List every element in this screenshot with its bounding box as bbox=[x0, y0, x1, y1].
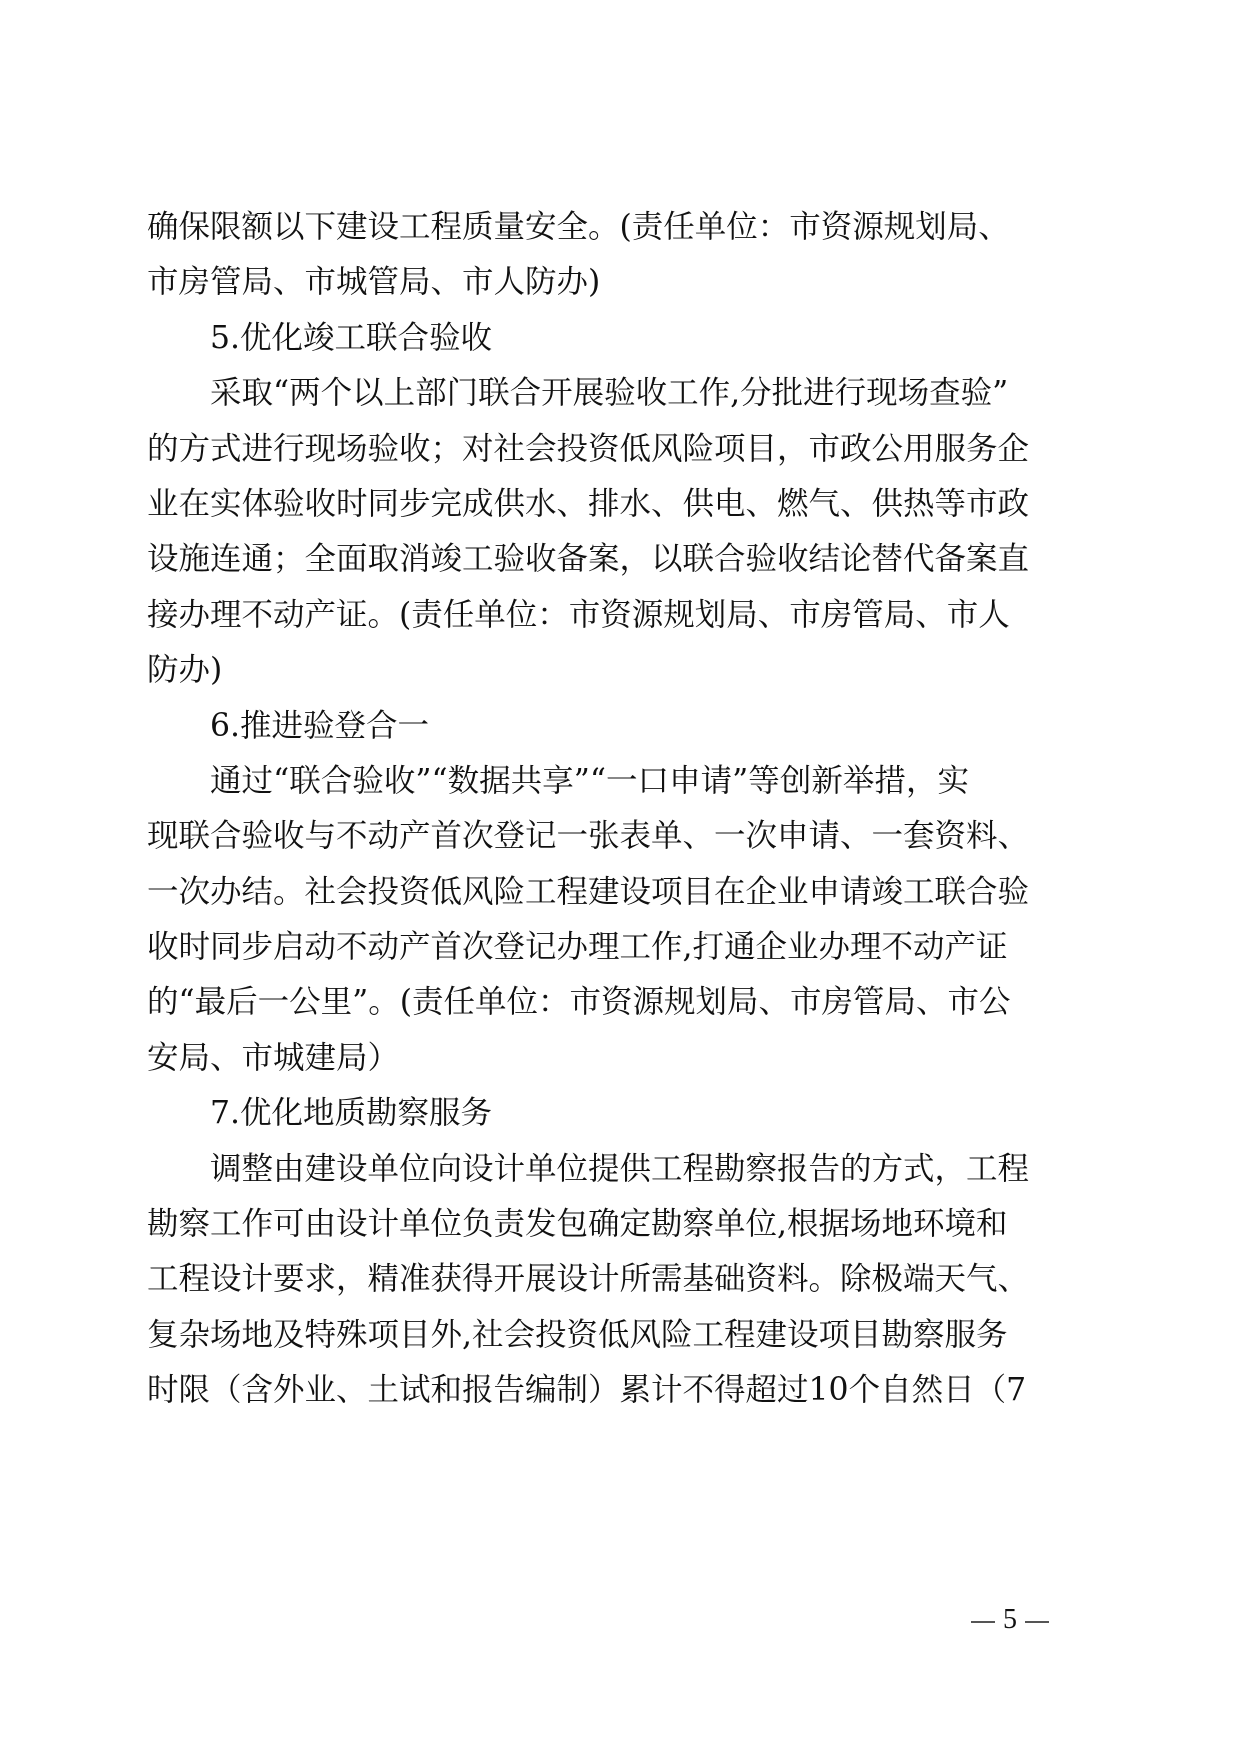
paragraph-line: 安局、市城建局） bbox=[147, 1031, 969, 1086]
document-body: 确保限额以下建设工程质量安全。(责任单位：市资源规划局、 市房管局、市城管局、市… bbox=[147, 200, 969, 1419]
page-number: 5 bbox=[960, 1604, 1060, 1636]
paragraph-line: 业在实体验收时同步完成供水、排水、供电、燃气、供热等市政 bbox=[147, 477, 969, 532]
paragraph-line: 复杂场地及特殊项目外,社会投资低风险工程建设项目勘察服务 bbox=[147, 1308, 969, 1363]
paragraph-line: 市房管局、市城管局、市人防办) bbox=[147, 255, 969, 310]
page-number-value: 5 bbox=[1003, 1604, 1017, 1635]
paragraph-line: 采取“两个以上部门联合开展验收工作,分批进行现场查验” bbox=[147, 366, 969, 421]
paragraph-line: 现联合验收与不动产首次登记一张表单、一次申请、一套资料、 bbox=[147, 809, 969, 864]
document-page: 确保限额以下建设工程质量安全。(责任单位：市资源规划局、 市房管局、市城管局、市… bbox=[0, 0, 1240, 1753]
paragraph-line: 勘察工作可由设计单位负责发包确定勘察单位,根据场地环境和 bbox=[147, 1197, 969, 1252]
paragraph-line: 时限（含外业、土试和报告编制）累计不得超过10个自然日（7 bbox=[147, 1363, 969, 1418]
section-heading-7: 7.优化地质勘察服务 bbox=[147, 1086, 969, 1141]
paragraph-line: 接办理不动产证。(责任单位：市资源规划局、市房管局、市人 bbox=[147, 588, 969, 643]
paragraph-line: 的方式进行现场验收；对社会投资低风险项目，市政公用服务企 bbox=[147, 422, 969, 477]
paragraph-line: 收时同步启动不动产首次登记办理工作,打通企业办理不动产证 bbox=[147, 920, 969, 975]
dash-right-icon bbox=[1025, 1621, 1049, 1623]
dash-left-icon bbox=[971, 1621, 995, 1623]
paragraph-line: 确保限额以下建设工程质量安全。(责任单位：市资源规划局、 bbox=[147, 200, 969, 255]
paragraph-line: 一次办结。社会投资低风险工程建设项目在企业申请竣工联合验 bbox=[147, 865, 969, 920]
paragraph-line: 的“最后一公里”。(责任单位：市资源规划局、市房管局、市公 bbox=[147, 975, 969, 1030]
paragraph-line: 设施连通；全面取消竣工验收备案，以联合验收结论替代备案直 bbox=[147, 532, 969, 587]
section-heading-6: 6.推进验登合一 bbox=[147, 699, 969, 754]
paragraph-line: 工程设计要求，精准获得开展设计所需基础资料。除极端天气、 bbox=[147, 1252, 969, 1307]
paragraph-line: 调整由建设单位向设计单位提供工程勘察报告的方式，工程 bbox=[147, 1142, 969, 1197]
paragraph-line: 防办) bbox=[147, 643, 969, 698]
section-heading-5: 5.优化竣工联合验收 bbox=[147, 311, 969, 366]
paragraph-line: 通过“联合验收”“数据共享”“一口申请”等创新举措，实 bbox=[147, 754, 969, 809]
